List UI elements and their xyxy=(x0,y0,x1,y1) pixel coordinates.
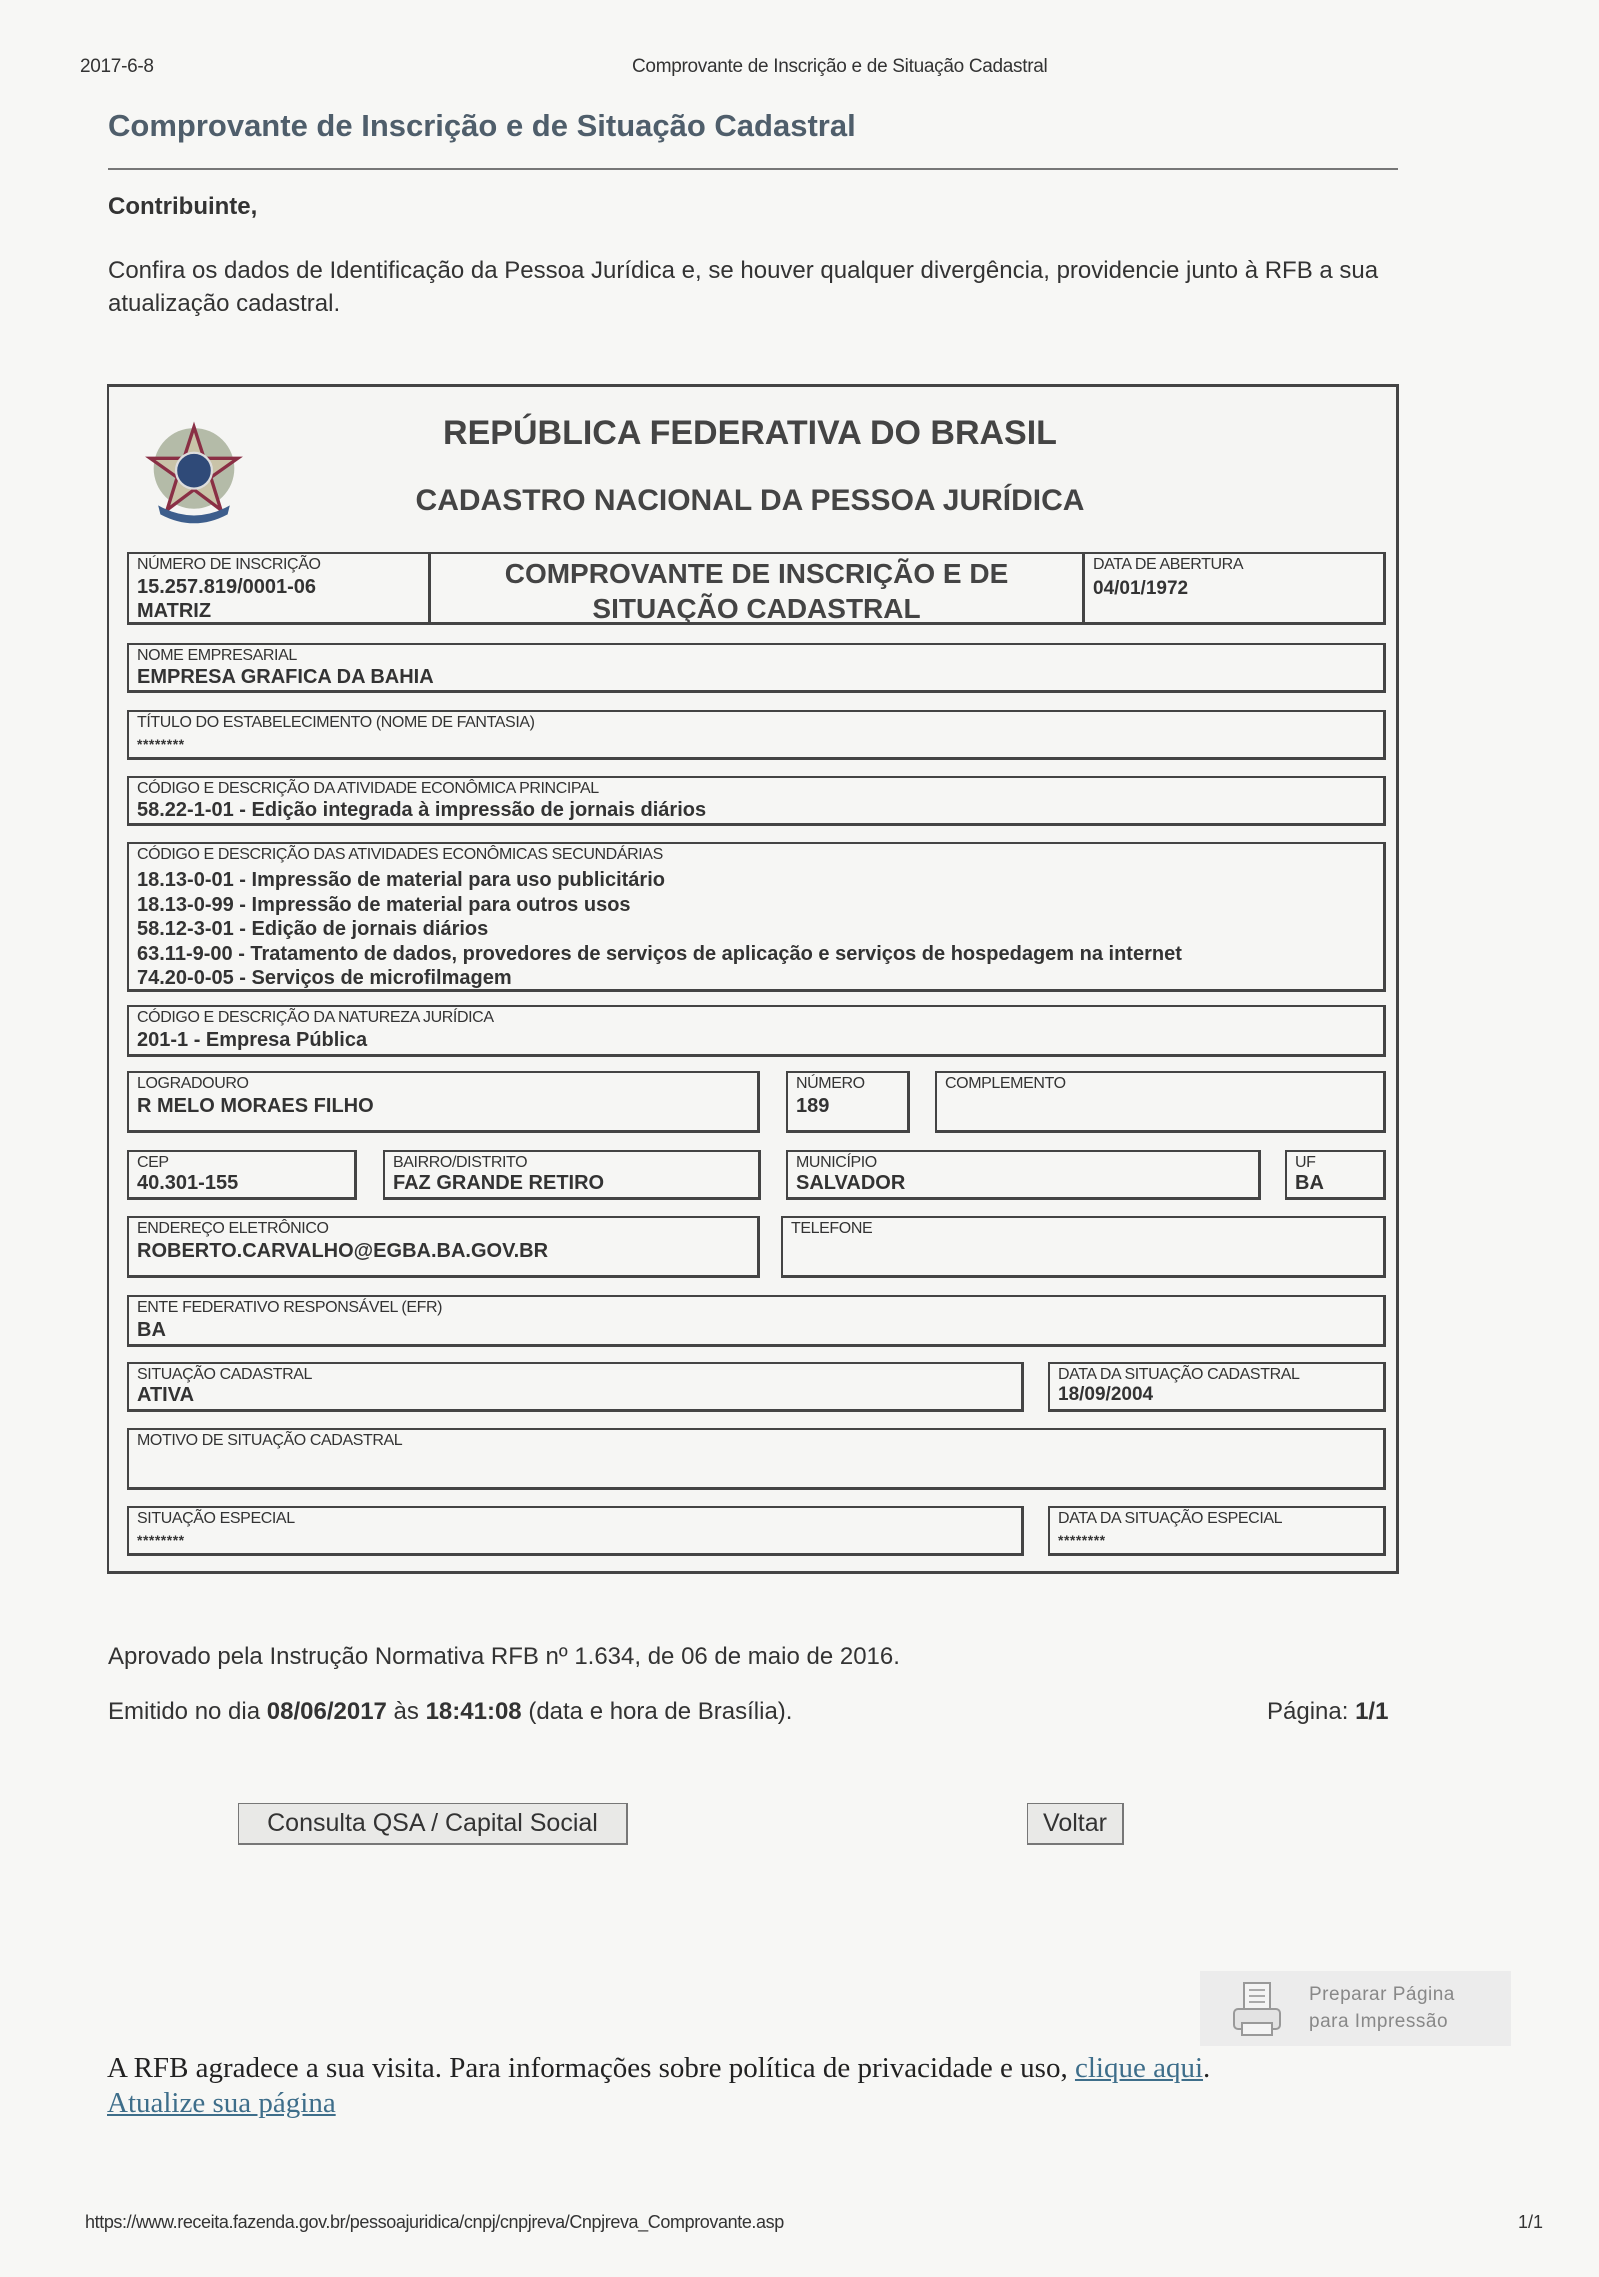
field-situacao-especial: SITUAÇÃO ESPECIAL ******** xyxy=(127,1506,1024,1556)
print-label-line2: para Impressão xyxy=(1309,2008,1455,2035)
emission-info: Emitido no dia 08/06/2017 às 18:41:08 (d… xyxy=(108,1698,792,1726)
secondary-activities-list: 18.13-0-01 - Impressão de material para … xyxy=(137,868,1182,991)
field-nome-empresarial: NOME EMPRESARIAL EMPRESA GRAFICA DA BAHI… xyxy=(127,643,1386,693)
field-value: ******** xyxy=(137,736,185,752)
field-label: COMPLEMENTO xyxy=(945,1075,1066,1093)
field-label: DATA DA SITUAÇÃO ESPECIAL xyxy=(1058,1510,1282,1528)
field-value: 58.22-1-01 - Edição integrada à impressã… xyxy=(137,799,706,822)
field-label: DATA DE ABERTURA xyxy=(1093,556,1243,574)
field-value: 201-1 - Empresa Pública xyxy=(137,1029,367,1052)
field-label: SITUAÇÃO ESPECIAL xyxy=(137,1510,295,1528)
print-label-line1: Preparar Página xyxy=(1309,1981,1455,2008)
field-value: BA xyxy=(1295,1172,1324,1195)
field-label: NOME EMPRESARIAL xyxy=(137,647,297,665)
field-value: ******** xyxy=(1058,1532,1106,1548)
printer-icon xyxy=(1228,1979,1288,2039)
field-atividades-secundarias: CÓDIGO E DESCRIÇÃO DAS ATIVIDADES ECONÔM… xyxy=(127,842,1386,992)
field-label: BAIRRO/DISTRITO xyxy=(393,1154,527,1172)
field-label: MUNICÍPIO xyxy=(796,1154,877,1172)
field-cep: CEP 40.301-155 xyxy=(127,1150,357,1200)
field-email: ENDEREÇO ELETRÔNICO ROBERTO.CARVALHO@EGB… xyxy=(127,1216,760,1278)
field-value: 18/09/2004 xyxy=(1058,1384,1153,1406)
thanks-message: A RFB agradece a sua visita. Para inform… xyxy=(107,2052,1210,2085)
field-uf: UF BA xyxy=(1285,1150,1386,1200)
refresh-page-link[interactable]: Atualize sua página xyxy=(107,2087,336,2120)
field-label: TELEFONE xyxy=(791,1220,872,1238)
privacy-policy-link[interactable]: clique aqui xyxy=(1075,2052,1203,2084)
field-telefone: TELEFONE xyxy=(781,1216,1386,1278)
thanks-end: . xyxy=(1203,2052,1210,2084)
status-value: ATIVA xyxy=(137,1384,194,1407)
field-value: FAZ GRANDE RETIRO xyxy=(393,1172,604,1195)
emitted-suffix: (data e hora de Brasília). xyxy=(522,1698,793,1725)
field-label: UF xyxy=(1295,1154,1316,1172)
emitted-mid: às xyxy=(387,1698,426,1725)
field-value: R MELO MORAES FILHO xyxy=(137,1095,374,1118)
field-label: ENTE FEDERATIVO RESPONSÁVEL (EFR) xyxy=(137,1299,442,1317)
field-numero-inscricao: NÚMERO DE INSCRIÇÃO 15.257.819/0001-06 M… xyxy=(127,552,431,625)
greeting: Contribuinte, xyxy=(108,193,257,221)
print-header-date: 2017-6-8 xyxy=(80,56,154,78)
field-label: CÓDIGO E DESCRIÇÃO DA ATIVIDADE ECONÔMIC… xyxy=(137,780,599,798)
prepare-print-button[interactable]: Preparar Página para Impressão xyxy=(1200,1971,1511,2046)
thanks-text: A RFB agradece a sua visita. Para inform… xyxy=(107,2052,1075,2084)
title-divider xyxy=(108,168,1398,170)
field-atividade-principal: CÓDIGO E DESCRIÇÃO DA ATIVIDADE ECONÔMIC… xyxy=(127,776,1386,826)
field-titulo-estabelecimento: TÍTULO DO ESTABELECIMENTO (NOME DE FANTA… xyxy=(127,710,1386,760)
page-value: 1/1 xyxy=(1355,1698,1388,1725)
field-value: SALVADOR xyxy=(796,1172,905,1195)
field-label: ENDEREÇO ELETRÔNICO xyxy=(137,1220,329,1238)
print-header-title: Comprovante de Inscrição e de Situação C… xyxy=(632,56,1047,78)
establishment-type: MATRIZ xyxy=(137,600,211,623)
field-value: ******** xyxy=(137,1532,185,1548)
emitted-prefix: Emitido no dia xyxy=(108,1698,267,1725)
document-title-box: COMPROVANTE DE INSCRIÇÃO E DE SITUAÇÃO C… xyxy=(429,552,1085,625)
field-label: NÚMERO xyxy=(796,1075,865,1093)
field-value: ROBERTO.CARVALHO@EGBA.BA.GOV.BR xyxy=(137,1240,548,1263)
field-municipio: MUNICÍPIO SALVADOR xyxy=(786,1150,1261,1200)
voltar-button[interactable]: Voltar xyxy=(1027,1803,1124,1845)
field-situacao-cadastral: SITUAÇÃO CADASTRAL ATIVA xyxy=(127,1362,1024,1412)
field-label: CÓDIGO E DESCRIÇÃO DA NATUREZA JURÍDICA xyxy=(137,1009,494,1027)
secondary-activity-item: 18.13-0-01 - Impressão de material para … xyxy=(137,868,1182,893)
field-motivo-situacao: MOTIVO DE SITUAÇÃO CADASTRAL xyxy=(127,1428,1386,1490)
field-data-situacao-especial: DATA DA SITUAÇÃO ESPECIAL ******** xyxy=(1048,1506,1386,1556)
field-data-situacao-cadastral: DATA DA SITUAÇÃO CADASTRAL 18/09/2004 xyxy=(1048,1362,1386,1412)
field-label: CEP xyxy=(137,1154,169,1172)
print-footer-page: 1/1 xyxy=(1518,2212,1543,2233)
field-data-abertura: DATA DE ABERTURA 04/01/1972 xyxy=(1083,552,1386,625)
field-value: EMPRESA GRAFICA DA BAHIA xyxy=(137,666,434,689)
field-value: 40.301-155 xyxy=(137,1172,238,1195)
field-bairro: BAIRRO/DISTRITO FAZ GRANDE RETIRO xyxy=(383,1150,761,1200)
field-natureza-juridica: CÓDIGO E DESCRIÇÃO DA NATUREZA JURÍDICA … xyxy=(127,1005,1386,1057)
field-value: 189 xyxy=(796,1095,829,1118)
page-indicator: Página: 1/1 xyxy=(1267,1698,1388,1726)
field-logradouro: LOGRADOURO R MELO MORAES FILHO xyxy=(127,1071,760,1133)
secondary-activity-item: 74.20-0-05 - Serviços de microfilmagem xyxy=(137,966,1182,991)
page-title: Comprovante de Inscrição e de Situação C… xyxy=(108,108,856,144)
document-title-line1: COMPROVANTE DE INSCRIÇÃO E DE xyxy=(431,556,1082,591)
field-label: CÓDIGO E DESCRIÇÃO DAS ATIVIDADES ECONÔM… xyxy=(137,846,663,864)
republic-heading: REPÚBLICA FEDERATIVA DO BRASIL xyxy=(0,414,1500,453)
field-efr: ENTE FEDERATIVO RESPONSÁVEL (EFR) BA xyxy=(127,1295,1386,1347)
secondary-activity-item: 63.11-9-00 - Tratamento de dados, proved… xyxy=(137,942,1182,967)
consulta-qsa-button[interactable]: Consulta QSA / Capital Social xyxy=(238,1803,628,1845)
emitted-time: 18:41:08 xyxy=(426,1698,522,1725)
field-label: NÚMERO DE INSCRIÇÃO xyxy=(137,556,321,574)
page-label: Página: xyxy=(1267,1698,1355,1725)
field-value: 04/01/1972 xyxy=(1093,578,1188,600)
field-label: TÍTULO DO ESTABELECIMENTO (NOME DE FANTA… xyxy=(137,714,535,732)
secondary-activity-item: 18.13-0-99 - Impressão de material para … xyxy=(137,893,1182,918)
field-label: MOTIVO DE SITUAÇÃO CADASTRAL xyxy=(137,1432,402,1450)
field-label: LOGRADOURO xyxy=(137,1075,249,1093)
approval-note: Aprovado pela Instrução Normativa RFB nº… xyxy=(108,1643,900,1671)
secondary-activity-item: 58.12-3-01 - Edição de jornais diários xyxy=(137,917,1182,942)
field-label: DATA DA SITUAÇÃO CADASTRAL xyxy=(1058,1366,1300,1384)
field-value: BA xyxy=(137,1319,166,1342)
cnpj-number: 15.257.819/0001-06 xyxy=(137,576,316,599)
document-title-line2: SITUAÇÃO CADASTRAL xyxy=(431,591,1082,626)
field-complemento: COMPLEMENTO xyxy=(935,1071,1386,1133)
intro-text: Confira os dados de Identificação da Pes… xyxy=(108,254,1408,320)
print-footer-url: https://www.receita.fazenda.gov.br/pesso… xyxy=(85,2212,784,2233)
field-numero: NÚMERO 189 xyxy=(786,1071,910,1133)
emitted-date: 08/06/2017 xyxy=(267,1698,387,1725)
field-label: SITUAÇÃO CADASTRAL xyxy=(137,1366,312,1384)
registry-heading: CADASTRO NACIONAL DA PESSOA JURÍDICA xyxy=(0,484,1500,518)
